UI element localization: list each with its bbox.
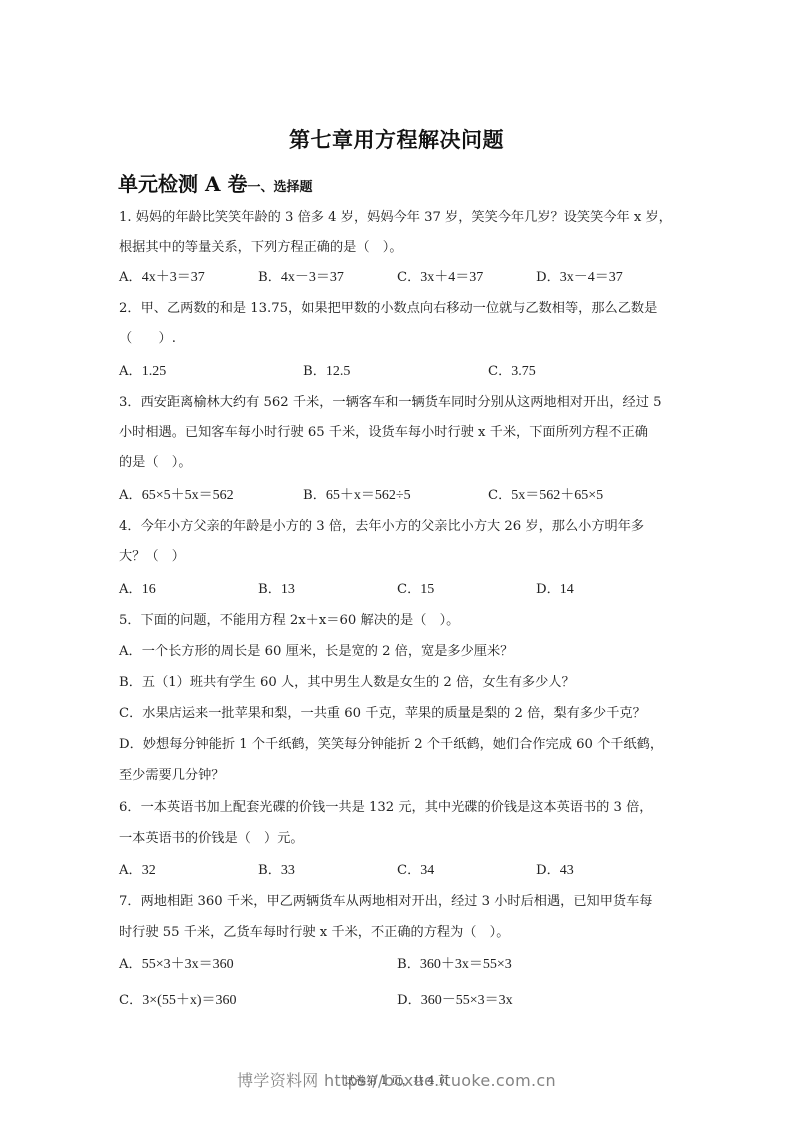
option-label: B． <box>397 957 420 972</box>
question-3-option-a: A．65×5＋5x＝562 <box>119 486 234 506</box>
exam-subtitle: 单元检测 A 卷一、选择题 <box>118 168 312 197</box>
page-title: 第七章用方程解决问题 <box>0 124 793 154</box>
question-6-option-c: C．34 <box>397 861 434 881</box>
question-2-option-b: B．12.5 <box>303 362 350 382</box>
option-text: 65＋x＝562÷5 <box>326 488 411 503</box>
question-5-option-b: B．五（1）班共有学生 60 人，其中男生人数是女生的 2 倍，女生有多少人？ <box>119 673 575 693</box>
option-text: 13 <box>281 582 295 597</box>
exam-page: 第七章用方程解决问题 单元检测 A 卷一、选择题 1. 妈妈的年龄比笑笑年龄的 … <box>0 0 793 1122</box>
option-label: D． <box>536 863 560 878</box>
question-1-option-b: B．4x－3＝37 <box>258 268 344 288</box>
watermark: 博学资料网 https://boxue.ituoke.com.cn <box>0 1068 793 1091</box>
option-label: B． <box>258 863 281 878</box>
question-1-option-d: D．3x－4＝37 <box>536 268 623 288</box>
option-text: 5x＝562＋65×5 <box>511 488 603 503</box>
question-2-option-a: A．1.25 <box>119 362 166 382</box>
option-label: A． <box>119 364 142 379</box>
option-label: C． <box>119 993 142 1008</box>
option-text: 32 <box>142 863 156 878</box>
option-text: 妙想每分钟能折 1 个千纸鹤，笑笑每分钟能折 2 个千纸鹤，她们合作完成 60 … <box>143 737 663 752</box>
option-label: A． <box>119 270 142 285</box>
option-text: 15 <box>420 582 434 597</box>
option-text: 360＋3x＝55×3 <box>420 957 512 972</box>
question-1-line-1: 1. 妈妈的年龄比笑笑年龄的 3 倍多 4 岁，妈妈今年 37 岁，笑笑今年几岁… <box>119 208 679 228</box>
question-4-option-b: B．13 <box>258 580 295 600</box>
question-7-line-1: 7．两地相距 360 千米，甲乙两辆货车从两地相对开出，经过 3 小时后相遇，已… <box>119 892 679 912</box>
question-7-option-b: B．360＋3x＝55×3 <box>397 955 512 975</box>
option-label: D． <box>119 737 143 752</box>
option-text: 水果店运来一批苹果和梨，一共重 60 千克，苹果的质量是梨的 2 倍，梨有多少千… <box>142 706 646 721</box>
question-3-line-2: 小时相遇。已知客车每小时行驶 65 千米，设货车每小时行驶 x 千米，下面所列方… <box>119 423 679 443</box>
option-label: A． <box>119 957 142 972</box>
question-2-line-2: （ ）. <box>119 329 679 349</box>
option-text: 16 <box>142 582 156 597</box>
option-label: C． <box>119 706 142 721</box>
option-text: 3x－4＝37 <box>560 270 623 285</box>
option-text: 34 <box>420 863 434 878</box>
option-label: C． <box>488 364 511 379</box>
question-6-option-a: A．32 <box>119 861 156 881</box>
question-5-option-d-continued: 至少需要几分钟？ <box>119 766 225 786</box>
option-text: 33 <box>281 863 295 878</box>
question-5-line-1: 5．下面的问题，不能用方程 2x＋x＝60 解决的是（ ）。 <box>119 611 679 631</box>
option-label: A． <box>119 488 142 503</box>
option-label: B． <box>258 582 281 597</box>
exam-paper-name: 单元检测 A 卷 <box>118 172 247 196</box>
question-1-option-c: C．3x＋4＝37 <box>397 268 483 288</box>
option-label: B． <box>303 364 326 379</box>
question-4-option-a: A．16 <box>119 580 156 600</box>
question-7-line-2: 时行驶 55 千米，乙货车每时行驶 x 千米，不正确的方程为（ ）。 <box>119 923 679 943</box>
question-4-line-1: 4．今年小方父亲的年龄是小方的 3 倍，去年小方的父亲比小方大 26 岁，那么小… <box>119 517 679 537</box>
option-label: B． <box>119 675 142 690</box>
question-6-option-d: D．43 <box>536 861 574 881</box>
question-6-line-2: 一本英语书的价钱是（ ）元。 <box>119 829 679 849</box>
question-3-line-1: 3．西安距离榆林大约有 562 千米，一辆客车和一辆货车同时分别从这两地相对开出… <box>119 393 679 413</box>
question-4-line-2: 大？（ ） <box>119 547 679 567</box>
option-label: A． <box>119 582 142 597</box>
option-text: 一个长方形的周长是 60 厘米，长是宽的 2 倍，宽是多少厘米？ <box>142 644 514 659</box>
question-7-option-d: D．360－55×3＝3x <box>397 991 513 1011</box>
question-2-option-c: C．3.75 <box>488 362 536 382</box>
option-text: 43 <box>560 863 574 878</box>
question-5-option-c: C．水果店运来一批苹果和梨，一共重 60 千克，苹果的质量是梨的 2 倍，梨有多… <box>119 704 646 724</box>
option-text: 3×(55＋x)＝360 <box>142 993 236 1008</box>
option-text: 65×5＋5x＝562 <box>142 488 234 503</box>
question-3-option-b: B．65＋x＝562÷5 <box>303 486 411 506</box>
section-heading: 一、选择题 <box>247 180 312 195</box>
question-3-option-c: C．5x＝562＋65×5 <box>488 486 603 506</box>
question-4-option-d: D．14 <box>536 580 574 600</box>
option-text: 12.5 <box>326 364 351 379</box>
question-4-option-c: C．15 <box>397 580 434 600</box>
question-1-line-2: 根据其中的等量关系，下列方程正确的是（ ）。 <box>119 238 679 258</box>
option-label: D． <box>536 582 560 597</box>
option-text: 14 <box>560 582 574 597</box>
question-7-option-a: A．55×3＋3x＝360 <box>119 955 234 975</box>
question-1-option-a: A．4x＋3＝37 <box>119 268 205 288</box>
option-label: A． <box>119 644 142 659</box>
option-label: C． <box>397 863 420 878</box>
option-label: D． <box>536 270 560 285</box>
option-text: 五（1）班共有学生 60 人，其中男生人数是女生的 2 倍，女生有多少人？ <box>142 675 575 690</box>
option-label: C． <box>397 582 420 597</box>
question-6-line-1: 6．一本英语书加上配套光碟的价钱一共是 132 元，其中光碟的价钱是这本英语书的… <box>119 798 679 818</box>
question-2-line-1: 2．甲、乙两数的和是 13.75，如果把甲数的小数点向右移动一位就与乙数相等，那… <box>119 299 679 319</box>
question-3-line-3: 的是（ ）。 <box>119 453 679 473</box>
question-5-option-d: D．妙想每分钟能折 1 个千纸鹤，笑笑每分钟能折 2 个千纸鹤，她们合作完成 6… <box>119 735 663 755</box>
option-text: 55×3＋3x＝360 <box>142 957 234 972</box>
option-label: B． <box>258 270 281 285</box>
option-label: A． <box>119 863 142 878</box>
option-text: 4x－3＝37 <box>281 270 344 285</box>
option-text: 1.25 <box>142 364 167 379</box>
question-5-option-a: A．一个长方形的周长是 60 厘米，长是宽的 2 倍，宽是多少厘米？ <box>119 642 513 662</box>
option-text: 3x＋4＝37 <box>420 270 483 285</box>
option-text: 3.75 <box>511 364 536 379</box>
option-label: C． <box>397 270 420 285</box>
option-label: C． <box>488 488 511 503</box>
option-text: 4x＋3＝37 <box>142 270 205 285</box>
option-label: B． <box>303 488 326 503</box>
question-6-option-b: B．33 <box>258 861 295 881</box>
option-text: 360－55×3＝3x <box>421 993 513 1008</box>
option-label: D． <box>397 993 421 1008</box>
question-7-option-c: C．3×(55＋x)＝360 <box>119 991 237 1011</box>
